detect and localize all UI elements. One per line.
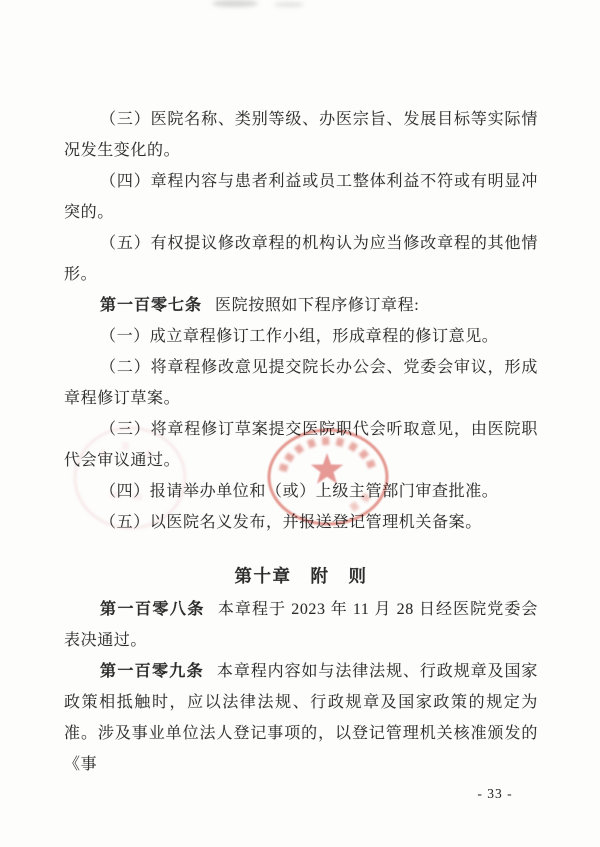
- document-content: （三）医院名称、类别等级、办医宗旨、发展目标等实际情况发生变化的。 （四）章程内…: [64, 104, 538, 780]
- amend-condition-item: （五）有权提议修改章程的机构认为应当修改章程的其他情形。: [64, 228, 538, 290]
- scan-smudge: [212, 0, 258, 7]
- article-107: 第一百零七条医院按照如下程序修订章程:: [64, 290, 538, 321]
- scan-smudge: [274, 2, 304, 7]
- article-107-number: 第一百零七条: [100, 297, 202, 314]
- procedure-item: （五）以医院名义发布，并报送登记管理机关备案。: [64, 507, 538, 538]
- amend-condition-item: （三）医院名称、类别等级、办医宗旨、发展目标等实际情况发生变化的。: [64, 104, 538, 166]
- procedure-item: （二）将章程修改意见提交院长办公会、党委会审议，形成章程修订草案。: [64, 352, 538, 414]
- article-109: 第一百零九条本章程内容如与法律法规、行政规章及国家政策相抵触时，应以法律法规、行…: [64, 656, 538, 780]
- chapter-heading: 第十章 附 则: [64, 561, 538, 592]
- procedure-item: （一）成立章程修订工作小组，形成章程的修订意见。: [64, 321, 538, 352]
- procedure-item: （四）报请举办单位和（或）上级主管部门审查批准。: [64, 476, 538, 507]
- page-number: - 33 -: [465, 786, 525, 802]
- article-108-number: 第一百零八条: [100, 601, 205, 618]
- article-108: 第一百零八条本章程于 2023 年 11 月 28 日经医院党委会表决通过。: [64, 594, 538, 656]
- article-109-number: 第一百零九条: [100, 663, 204, 680]
- document-page: （三）医院名称、类别等级、办医宗旨、发展目标等实际情况发生变化的。 （四）章程内…: [0, 0, 600, 847]
- procedure-item: （三）将章程修订草案提交医院职代会听取意见，由医院职代会审议通过。: [64, 414, 538, 476]
- article-107-lead: 医院按照如下程序修订章程:: [215, 297, 419, 314]
- amend-condition-item: （四）章程内容与患者利益或员工整体利益不符或有明显冲突的。: [64, 166, 538, 228]
